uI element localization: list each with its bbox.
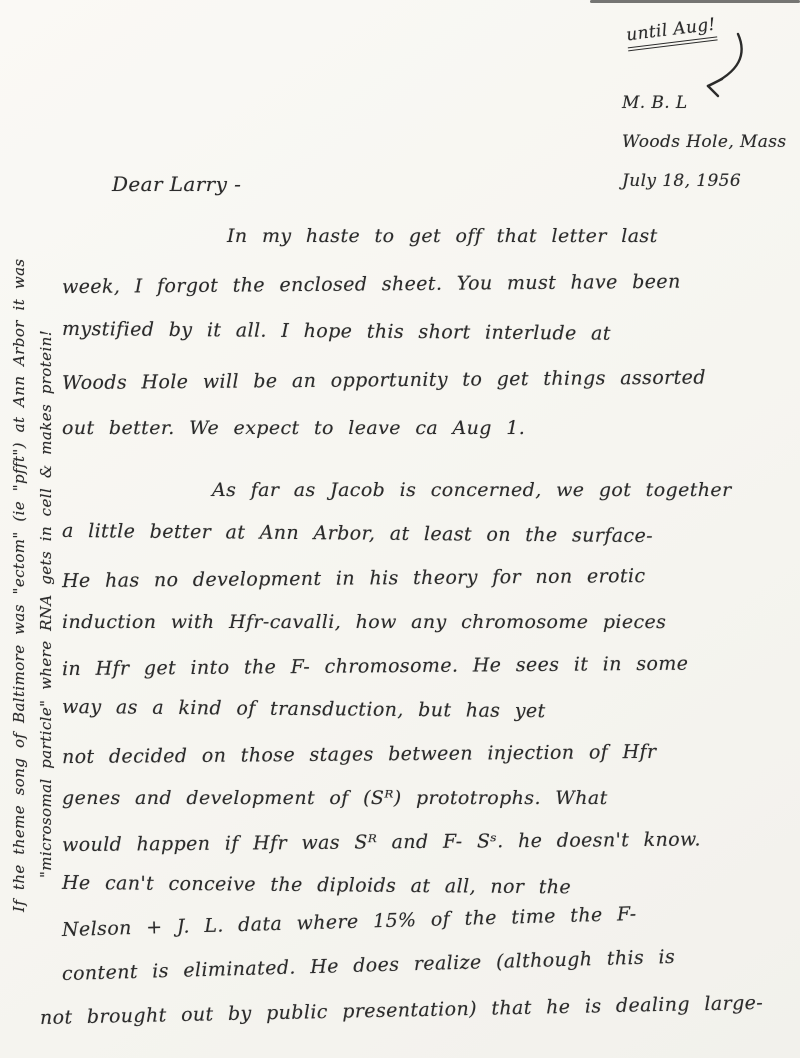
body-line: mystified by it all. I hope this short i… [62,305,766,359]
body-line: As far as Jacob is concerned, we got tog… [62,468,766,512]
letter-header: M. B. L Woods Hole, Mass July 18, 1956 [622,84,787,201]
body-line: In my haste to get off that letter last [62,212,766,260]
salutation: Dear Larry - [112,172,241,196]
letter-page: until Aug! M. B. L Woods Hole, Mass July… [0,0,800,1058]
scan-edge-artifact [590,0,800,3]
header-place: Woods Hole, Mass [622,123,787,162]
header-date: July 18, 1956 [622,162,787,201]
body-line: out better. We expect to leave ca Aug 1. [62,404,766,452]
body-line: would happen if Hfr was Sᴿ and F- Sˢ. he… [62,817,766,867]
body-line: in Hfr get into the F- chromosome. He se… [62,641,766,691]
body-line: a little better at Ann Arbor, at least o… [62,509,766,559]
body-line: not decided on those stages between inje… [62,729,766,779]
margin-note-line: "microsomal particle" where RNA gets in … [33,28,60,912]
body-line: induction with Hfr-cavalli, how any chro… [62,600,766,644]
body-line: genes and development of (Sᴿ) prototroph… [62,776,766,820]
paragraph-1: In my haste to get off that letter last … [62,212,766,452]
body-line: Woods Hole will be an opportunity to get… [62,353,766,407]
margin-note-vertical: If the theme song of Baltimore was "ecto… [6,28,60,912]
body-line: way as a kind of transduction, but has y… [62,685,766,735]
body-line: He has no development in his theory for … [62,553,766,603]
margin-note-line: If the theme song of Baltimore was "ecto… [6,28,33,912]
body-line: week, I forgot the enclosed sheet. You m… [62,257,766,311]
paragraph-2: As far as Jacob is concerned, we got tog… [62,468,766,1040]
header-sender: M. B. L [622,84,787,123]
